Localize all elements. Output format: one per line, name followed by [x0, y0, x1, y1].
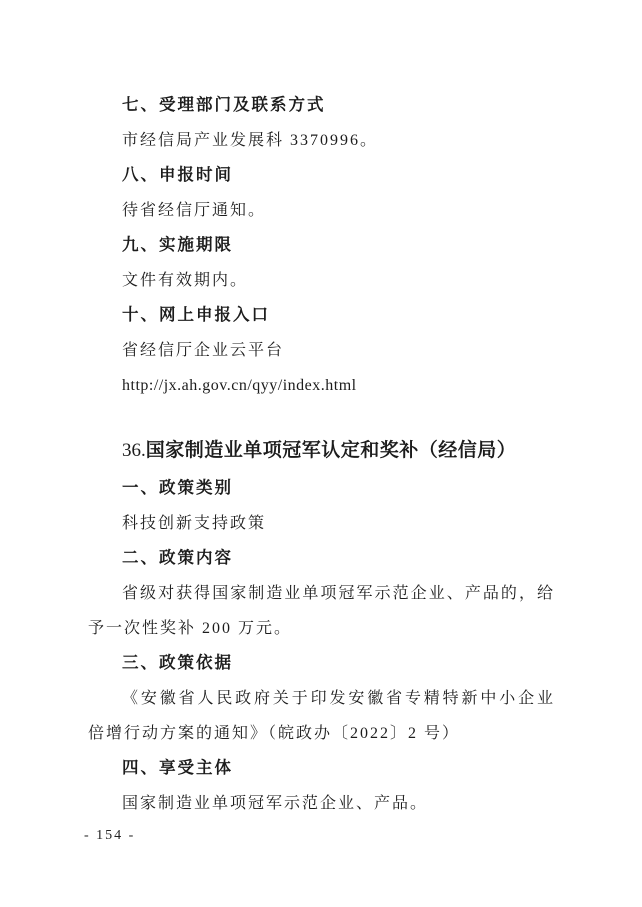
section-9-body: 文件有效期内。 — [88, 263, 555, 298]
item-36-title-text: 国家制造业单项冠军认定和奖补（经信局） — [146, 440, 517, 461]
beneficiary-body: 国家制造业单项冠军示范企业、产品。 — [88, 786, 555, 821]
section-7-body: 市经信局产业发展科 3370996。 — [88, 123, 555, 158]
beneficiary-heading: 四、享受主体 — [88, 751, 555, 786]
policy-content-body-line2: 予一次性奖补 200 万元。 — [88, 611, 555, 646]
section-9-heading: 九、实施期限 — [88, 228, 555, 263]
policy-category-heading: 一、政策类别 — [88, 471, 555, 506]
section-8-heading: 八、申报时间 — [88, 158, 555, 193]
section-10-heading: 十、网上申报入口 — [88, 298, 555, 333]
policy-basis-body-line1: 《安徽省人民政府关于印发安徽省专精特新中小企业 — [88, 681, 555, 716]
policy-content-heading: 二、政策内容 — [88, 541, 555, 576]
page-number: - 154 - — [84, 828, 135, 844]
document-page: 七、受理部门及联系方式 市经信局产业发展科 3370996。 八、申报时间 待省… — [0, 0, 642, 907]
policy-basis-body-line2: 倍增行动方案的通知》（皖政办〔2022〕2 号） — [88, 716, 555, 751]
blank-line — [88, 403, 555, 431]
policy-category-body: 科技创新支持政策 — [88, 506, 555, 541]
policy-basis-heading: 三、政策依据 — [88, 646, 555, 681]
section-8-body: 待省经信厅通知。 — [88, 193, 555, 228]
application-url: http://jx.ah.gov.cn/qyy/index.html — [88, 368, 555, 403]
document-body: 七、受理部门及联系方式 市经信局产业发展科 3370996。 八、申报时间 待省… — [88, 88, 555, 821]
item-36-number: 36. — [122, 440, 146, 461]
section-10-body: 省经信厅企业云平台 — [88, 333, 555, 368]
section-7-heading: 七、受理部门及联系方式 — [88, 88, 555, 123]
policy-content-body-line1: 省级对获得国家制造业单项冠军示范企业、产品的，给 — [88, 576, 555, 611]
item-36-title: 36.国家制造业单项冠军认定和奖补（经信局） — [88, 431, 555, 471]
